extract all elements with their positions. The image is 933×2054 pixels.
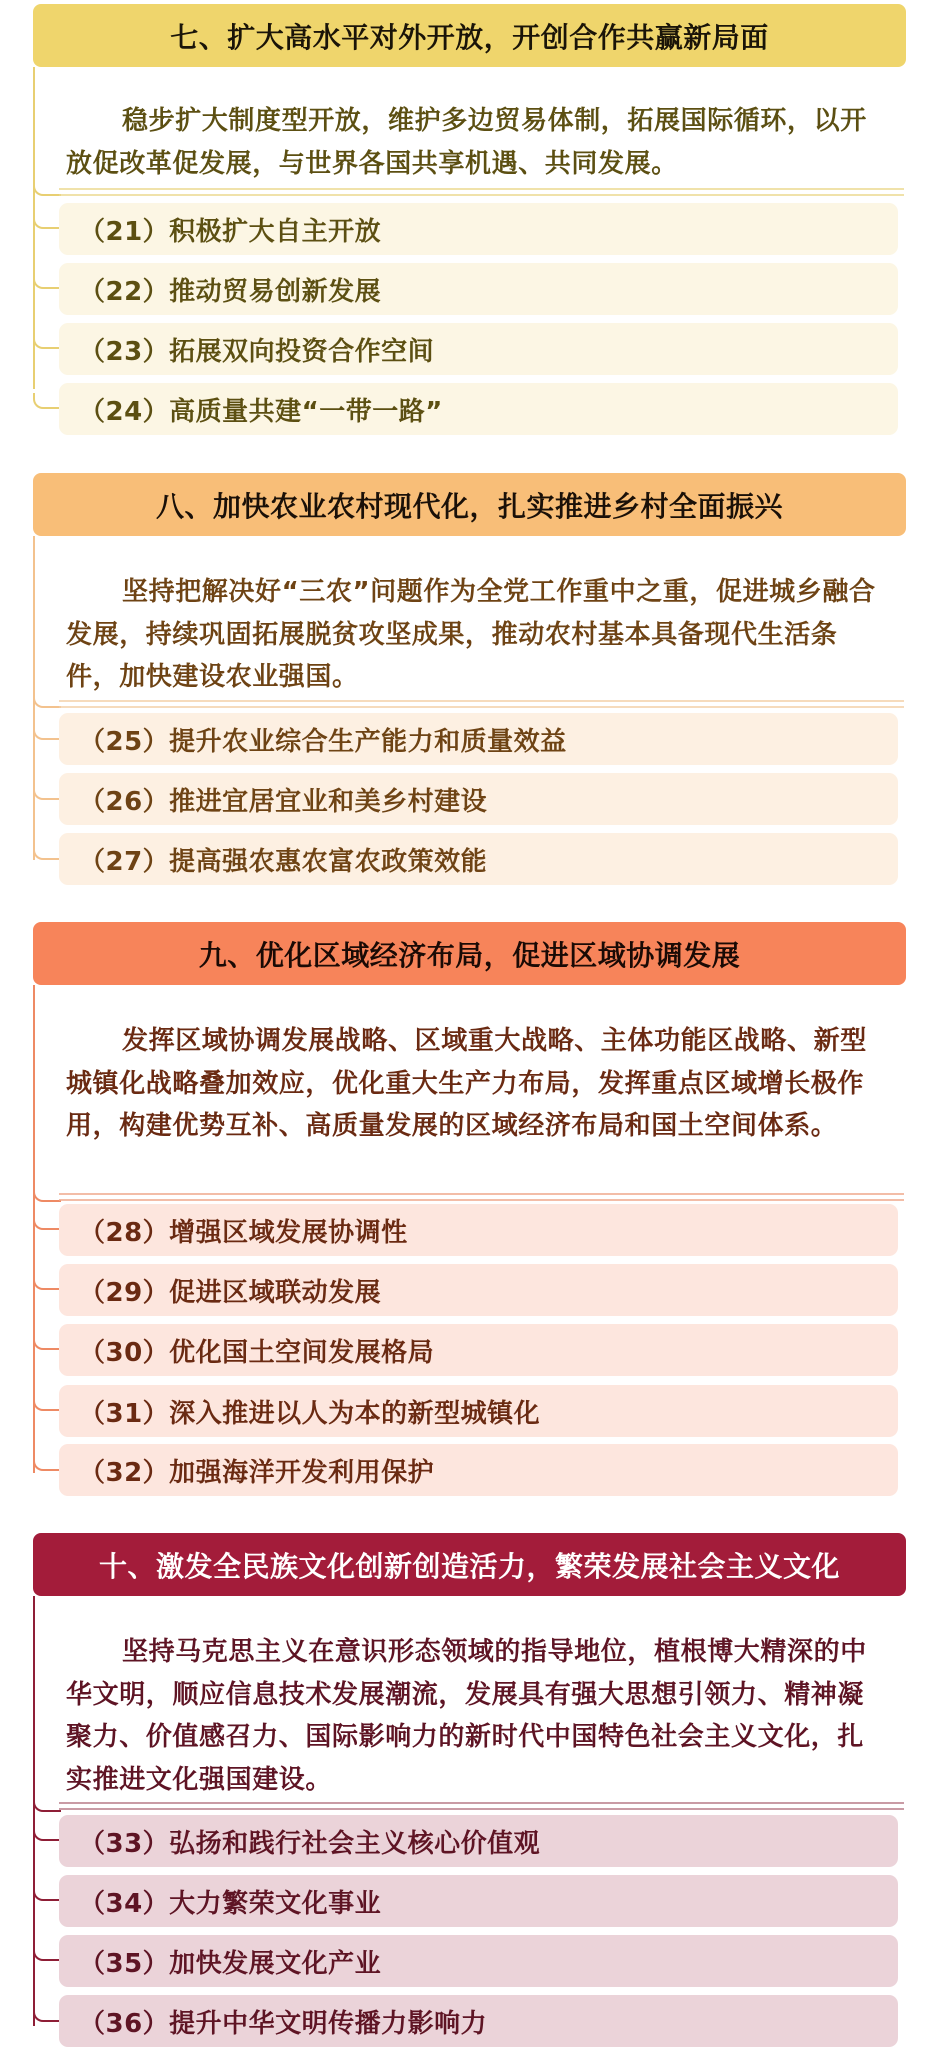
tree-connector [33, 273, 59, 289]
tree-connector [33, 784, 59, 800]
list-item[interactable]: （29）促进区域联动发展 [59, 1264, 898, 1316]
list-item[interactable]: （32）加强海洋开发利用保护 [59, 1444, 898, 1496]
summary-text: 稳步扩大制度型开放，维护多边贸易体制，拓展国际循环，以开放促改革促发展，与世界各… [66, 106, 867, 179]
list-item[interactable]: （31）深入推进以人为本的新型城镇化 [59, 1385, 898, 1437]
summary-text: 坚持把解决好“三农”问题作为全党工作重中之重，促进城乡融合发展，持续巩固拓展脱贫… [66, 577, 876, 692]
tree-connector [33, 2006, 59, 2022]
section-summary: 稳步扩大制度型开放，维护多边贸易体制，拓展国际循环，以开放促改革促发展，与世界各… [33, 100, 906, 185]
list-item[interactable]: （33）弘扬和践行社会主义核心价值观 [59, 1815, 898, 1867]
list-item[interactable]: （25）提升农业综合生产能力和质量效益 [59, 713, 898, 765]
tree-connector [33, 213, 59, 229]
tree-connector [33, 1334, 59, 1350]
tree-connector [33, 1395, 59, 1411]
section-summary: 发挥区域协调发展战略、区域重大战略、主体功能区战略、新型城镇化战略叠加效应，优化… [33, 1020, 906, 1148]
list-item[interactable]: （34）大力繁荣文化事业 [59, 1875, 898, 1927]
tree-connector [33, 694, 61, 708]
list-item[interactable]: （22）推动贸易创新发展 [59, 263, 898, 315]
tree-connector [33, 393, 59, 409]
list-item[interactable]: （27）提高强农惠农富农政策效能 [59, 833, 898, 885]
list-item[interactable]: （28）增强区域发展协调性 [59, 1204, 898, 1256]
list-item[interactable]: （21）积极扩大自主开放 [59, 203, 898, 255]
section-header: 八、加快农业农村现代化，扎实推进乡村全面振兴 [33, 473, 906, 536]
section-7: 七、扩大高水平对外开放，开创合作共赢新局面 稳步扩大制度型开放，维护多边贸易体制… [33, 4, 906, 435]
tree-connector [33, 1455, 59, 1471]
section-summary: 坚持马克思主义在意识形态领域的指导地位，植根博大精深的中华文明，顺应信息技术发展… [33, 1631, 906, 1801]
summary-divider [59, 700, 904, 708]
list-item[interactable]: （36）提升中华文明传播力影响力 [59, 1995, 898, 2047]
tree-connector [33, 1798, 61, 1812]
tree-connector [33, 724, 59, 740]
summary-divider [59, 188, 904, 196]
tree-connector [33, 844, 59, 860]
section-summary: 坚持把解决好“三农”问题作为全党工作重中之重，促进城乡融合发展，持续巩固拓展脱贫… [33, 571, 906, 699]
tree-connector [33, 1945, 59, 1961]
section-header: 七、扩大高水平对外开放，开创合作共赢新局面 [33, 4, 906, 67]
summary-divider [59, 1193, 904, 1201]
tree-connector [33, 1214, 59, 1230]
section-10: 十、激发全民族文化创新创造活力，繁荣发展社会主义文化 坚持马克思主义在意识形态领… [33, 1533, 906, 2051]
tree-connector [33, 333, 59, 349]
list-item[interactable]: （26）推进宜居宜业和美乡村建设 [59, 773, 898, 825]
section-9: 九、优化区域经济布局，促进区域协调发展 发挥区域协调发展战略、区域重大战略、主体… [33, 922, 906, 1498]
list-item[interactable]: （23）拓展双向投资合作空间 [59, 323, 898, 375]
summary-text: 发挥区域协调发展战略、区域重大战略、主体功能区战略、新型城镇化战略叠加效应，优化… [66, 1026, 867, 1141]
tree-connector [33, 1274, 59, 1290]
list-item[interactable]: （24）高质量共建“一带一路” [59, 383, 898, 435]
summary-text: 坚持马克思主义在意识形态领域的指导地位，植根博大精深的中华文明，顺应信息技术发展… [66, 1637, 867, 1795]
section-8: 八、加快农业农村现代化，扎实推进乡村全面振兴 坚持把解决好“三农”问题作为全党工… [33, 473, 906, 886]
section-header: 十、激发全民族文化创新创造活力，繁荣发展社会主义文化 [33, 1533, 906, 1596]
section-header: 九、优化区域经济布局，促进区域协调发展 [33, 922, 906, 985]
tree-connector [33, 1188, 61, 1202]
list-item[interactable]: （30）优化国土空间发展格局 [59, 1324, 898, 1376]
tree-connector [33, 1825, 59, 1841]
tree-connector [33, 1885, 59, 1901]
list-item[interactable]: （35）加快发展文化产业 [59, 1935, 898, 1987]
tree-connector [33, 182, 61, 196]
summary-divider [59, 1802, 904, 1810]
